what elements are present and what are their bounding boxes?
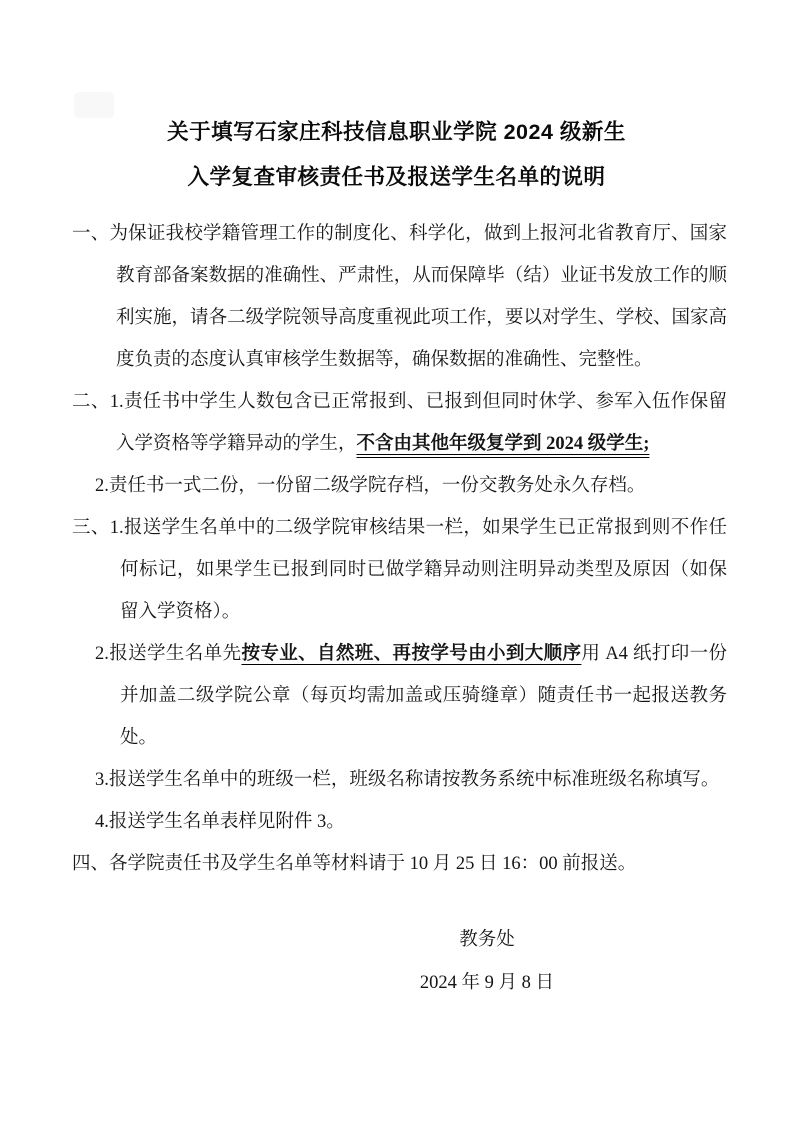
paragraph-three-sub2-emphasis: 按专业、自然班、再按学号由小到大顺序	[241, 644, 581, 664]
paragraph-three-sub1-text: 1.报送学生名单中的二级学院审核结果一栏，如果学生已正常报到则不作任何标记，如果…	[110, 518, 727, 622]
paragraph-three-sub3-text: 3.报送学生名单中的班级一栏，班级名称请按教务系统中标准班级名称填写。	[95, 770, 719, 790]
title-line-2: 入学复查审核责任书及报送学生名单的说明	[40, 155, 753, 200]
list-label-four: 四、	[72, 854, 109, 874]
paragraph-two-sub1: 二、1.责任书中学生人数包含已正常报到、已报到但同时休学、参军入伍作保留入学资格…	[72, 381, 727, 465]
paragraph-three-sub3: 3.报送学生名单中的班级一栏，班级名称请按教务系统中标准班级名称填写。	[72, 759, 727, 801]
paragraph-two-sub2: 2.责任书一式二份，一份留二级学院存档，一份交教务处永久存档。	[72, 465, 727, 507]
paragraph-two-sub1-emphasis: 不含由其他年级复学到 2024 级学生;	[357, 434, 650, 454]
paragraph-three-sub4-text: 4.报送学生名单表样见附件 3。	[95, 812, 345, 832]
paragraph-four-text: 各学院责任书及学生名单等材料请于 10 月 25 日 16：00 前报送。	[109, 854, 636, 874]
list-label-three: 三、	[72, 518, 110, 538]
signature-date: 2024 年 9 月 8 日	[72, 962, 727, 1005]
signature-department: 教务处	[72, 919, 727, 962]
title-line-1: 关于填写石家庄科技信息职业学院 2024 级新生	[40, 110, 753, 155]
paragraph-three-sub2-prefix: 2.报送学生名单先	[95, 644, 241, 664]
paragraph-three-sub1: 三、1.报送学生名单中的二级学院审核结果一栏，如果学生已正常报到则不作任何标记，…	[72, 507, 727, 633]
list-label-two: 二、	[72, 392, 110, 412]
document-title: 关于填写石家庄科技信息职业学院 2024 级新生 入学复查审核责任书及报送学生名…	[0, 0, 793, 200]
paragraph-four: 四、各学院责任书及学生名单等材料请于 10 月 25 日 16：00 前报送。	[72, 843, 727, 885]
paragraph-three-sub2: 2.报送学生名单先按专业、自然班、再按学号由小到大顺序用 A4 纸打印一份并加盖…	[72, 633, 727, 759]
list-label-one: 一、	[72, 224, 109, 244]
document-body: 一、为保证我校学籍管理工作的制度化、科学化，做到上报河北省教育厅、国家教育部备案…	[72, 213, 727, 885]
paragraph-two-sub2-text: 2.责任书一式二份，一份留二级学院存档，一份交教务处永久存档。	[95, 476, 645, 496]
paragraph-one: 一、为保证我校学籍管理工作的制度化、科学化，做到上报河北省教育厅、国家教育部备案…	[72, 213, 727, 381]
paragraph-one-text: 为保证我校学籍管理工作的制度化、科学化，做到上报河北省教育厅、国家教育部备案数据…	[109, 224, 727, 370]
paragraph-three-sub4: 4.报送学生名单表样见附件 3。	[72, 801, 727, 843]
signature-block: 教务处 2024 年 9 月 8 日	[72, 919, 727, 1005]
faint-watermark	[74, 92, 114, 118]
document-page: 关于填写石家庄科技信息职业学院 2024 级新生 入学复查审核责任书及报送学生名…	[0, 0, 793, 1122]
